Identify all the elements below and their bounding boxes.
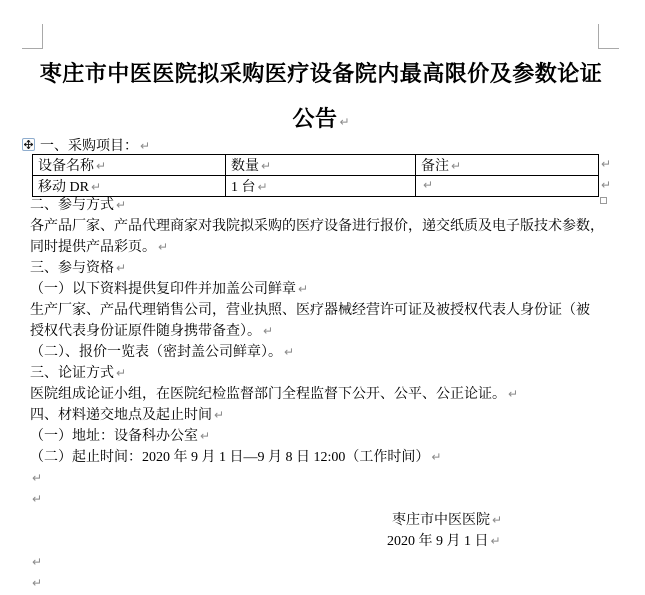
table-header-row: 设备名称↵ 数量↵ 备注↵ (33, 155, 599, 176)
document-title: 枣庄市中医医院拟采购医疗设备院内最高限价及参数论证 公告↵ (30, 51, 612, 145)
document-page[interactable]: 枣庄市中医医院拟采购医疗设备院内最高限价及参数论证 公告↵ 一、采购项目：↵ 设… (0, 0, 645, 595)
pilcrow-mark: ↵ (91, 180, 101, 194)
pilcrow-mark: ↵ (423, 178, 433, 192)
pilcrow-mark: ↵ (32, 492, 42, 506)
pilcrow-mark: ↵ (258, 180, 268, 194)
pilcrow-mark: ↵ (140, 139, 150, 153)
pilcrow-mark: ↵ (491, 534, 501, 548)
pilcrow-mark: ↵ (451, 159, 461, 173)
row-end-mark: ↵ (601, 178, 611, 192)
document-body: 二、参与方式↵ 各产品厂家、产品代理商家对我院拟采购的医疗设备进行报价，递交纸质… (30, 195, 604, 594)
pilcrow-mark: ↵ (116, 261, 126, 275)
title-line-2: 公告↵ (30, 96, 612, 145)
empty-line: ↵ (30, 468, 604, 489)
body-line: 二、参与方式↵ (30, 195, 604, 216)
row-end-mark: ↵ (601, 157, 611, 171)
pilcrow-mark: ↵ (214, 408, 224, 422)
pilcrow-mark: ↵ (116, 198, 126, 212)
body-line: 三、论证方式↵ (30, 363, 604, 384)
pilcrow-mark: ↵ (298, 282, 308, 296)
pilcrow-mark: ↵ (200, 429, 210, 443)
body-line: 四、材料递交地点及起止时间↵ (30, 405, 604, 426)
body-line: 各产品厂家、产品代理商家对我院拟采购的医疗设备进行报价，递交纸质及电子版技术参数… (30, 216, 604, 237)
body-line: 生产厂家、产品代理销售公司，营业执照、医疗器械经营许可证及被授权代表人身份证（被 (30, 300, 604, 321)
margin-crop-mark-top-right (598, 24, 599, 49)
pilcrow-mark: ↵ (96, 159, 106, 173)
empty-line: ↵ (30, 573, 604, 594)
body-line: 医院组成论证小组，在医院纪检监督部门全程监督下公开、公平、公正论证。↵ (30, 384, 604, 405)
empty-line: ↵ (30, 552, 604, 573)
margin-crop-mark-top-left (42, 24, 43, 49)
table-move-handle[interactable] (22, 138, 35, 151)
body-line: （一）以下资料提供复印件并加盖公司鲜章↵ (30, 279, 604, 300)
pilcrow-mark: ↵ (158, 240, 168, 254)
pilcrow-mark: ↵ (508, 387, 518, 401)
pilcrow-mark: ↵ (339, 115, 349, 129)
body-line: （二）起止时间：2020 年 9 月 1 日—9 月 8 日 12:00（工作时… (30, 447, 604, 468)
margin-crop-mark-top-right (598, 48, 619, 49)
section-heading-procurement: 一、采购项目：↵ (40, 139, 150, 154)
body-line: 三、参与资格↵ (30, 258, 604, 279)
empty-line: ↵ (30, 489, 604, 510)
header-cell-quantity: 数量↵ (226, 155, 416, 176)
pilcrow-mark: ↵ (116, 366, 126, 380)
body-line: 授权代表身份证原件随身携带备查）。↵ (30, 321, 604, 342)
table-row: 移动 DR↵ 1 台↵ ↵ (33, 176, 599, 197)
pilcrow-mark: ↵ (32, 471, 42, 485)
move-icon (24, 140, 33, 149)
body-line: （二）、报价一览表（密封盖公司鲜章）。↵ (30, 342, 604, 363)
pilcrow-mark: ↵ (32, 576, 42, 590)
pilcrow-mark: ↵ (261, 159, 271, 173)
body-line: （一）地址：设备科办公室↵ (30, 426, 604, 447)
procurement-table: 设备名称↵ 数量↵ 备注↵ 移动 DR↵ 1 台↵ ↵ (32, 154, 599, 197)
margin-crop-mark-top-left (22, 48, 43, 49)
cell-device-name: 移动 DR↵ (33, 176, 226, 197)
pilcrow-mark: ↵ (263, 324, 273, 338)
pilcrow-mark: ↵ (492, 513, 502, 527)
signature-date-line: 2020 年 9 月 1 日↵ (30, 531, 604, 552)
pilcrow-mark: ↵ (431, 450, 441, 464)
cell-remarks: ↵ (416, 176, 599, 197)
cell-quantity: 1 台↵ (226, 176, 416, 197)
title-line-1: 枣庄市中医医院拟采购医疗设备院内最高限价及参数论证 (30, 51, 612, 96)
signature-org-line: 枣庄市中医医院↵ (30, 510, 604, 531)
pilcrow-mark: ↵ (32, 555, 42, 569)
pilcrow-mark: ↵ (284, 345, 294, 359)
body-line: 同时提供产品彩页。↵ (30, 237, 604, 258)
header-cell-remarks: 备注↵ (416, 155, 599, 176)
header-cell-device-name: 设备名称↵ (33, 155, 226, 176)
